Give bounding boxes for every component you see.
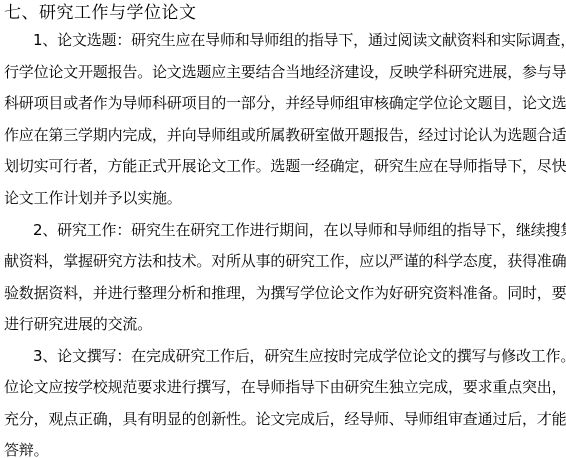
paragraph-3-line-3: 充分，观点正确，具有明显的创新性。论文完成后，经导师、导师组审查通过后，才能申请: [4, 409, 562, 429]
paragraph-2-line-2: 献资料，掌握研究方法和技术。对所从事的研究工作，应以严谨的科学态度，获得准确的试: [4, 251, 562, 271]
paragraph-1-line-1: 1、论文选题：研究生应在导师和导师组的指导下，通过阅读文献资料和实际调查，进: [33, 30, 562, 50]
paragraph-3-line-1: 3、论文撰写：在完成研究工作后，研究生应按时完成学位论文的撰写与修改工作。学: [33, 346, 562, 366]
section-title: 七、研究工作与学位论文: [4, 2, 197, 24]
paragraph-1-line-4: 作应在第三学期内完成，并向导师组或所属教研室做开题报告，经过讨论认为选题合适且计: [4, 125, 562, 145]
paragraph-1-line-5: 划切实可行者，方能正式开展论文工作。选题一经确定，研究生应在导师指导下，尽快拟定: [4, 156, 562, 176]
paragraph-2-line-1: 2、研究工作：研究生在研究工作进行期间，在以导师和导师组的指导下，继续搜集文: [33, 220, 562, 240]
paragraph-1-line-3: 科研项目或者作为导师科研项目的一部分，并经导师组审核确定学位论文题目，论文选题工: [4, 93, 562, 113]
paragraph-1-line-2: 行学位论文开题报告。论文选题应主要结合当地经济建设，反映学科研究进展，参与导师的: [4, 62, 562, 82]
paragraph-1-line-6: 论文工作计划并予以实施。: [4, 188, 562, 208]
paragraph-2-line-3: 验数据资料，并进行整理分析和推理，为撰写学位论文作为好研究资料准备。同时，要定期: [4, 283, 562, 303]
paragraph-3-line-4: 答辩。: [4, 440, 562, 458]
paragraph-3-line-2: 位论文应按学校规范要求进行撰写，在导师指导下由研究生独立完成，要求重点突出，论据: [4, 377, 562, 397]
document-page: 七、研究工作与学位论文 1、论文选题：研究生应在导师和导师组的指导下，通过阅读文…: [0, 0, 566, 458]
paragraph-2-line-4: 进行研究进展的交流。: [4, 314, 562, 334]
